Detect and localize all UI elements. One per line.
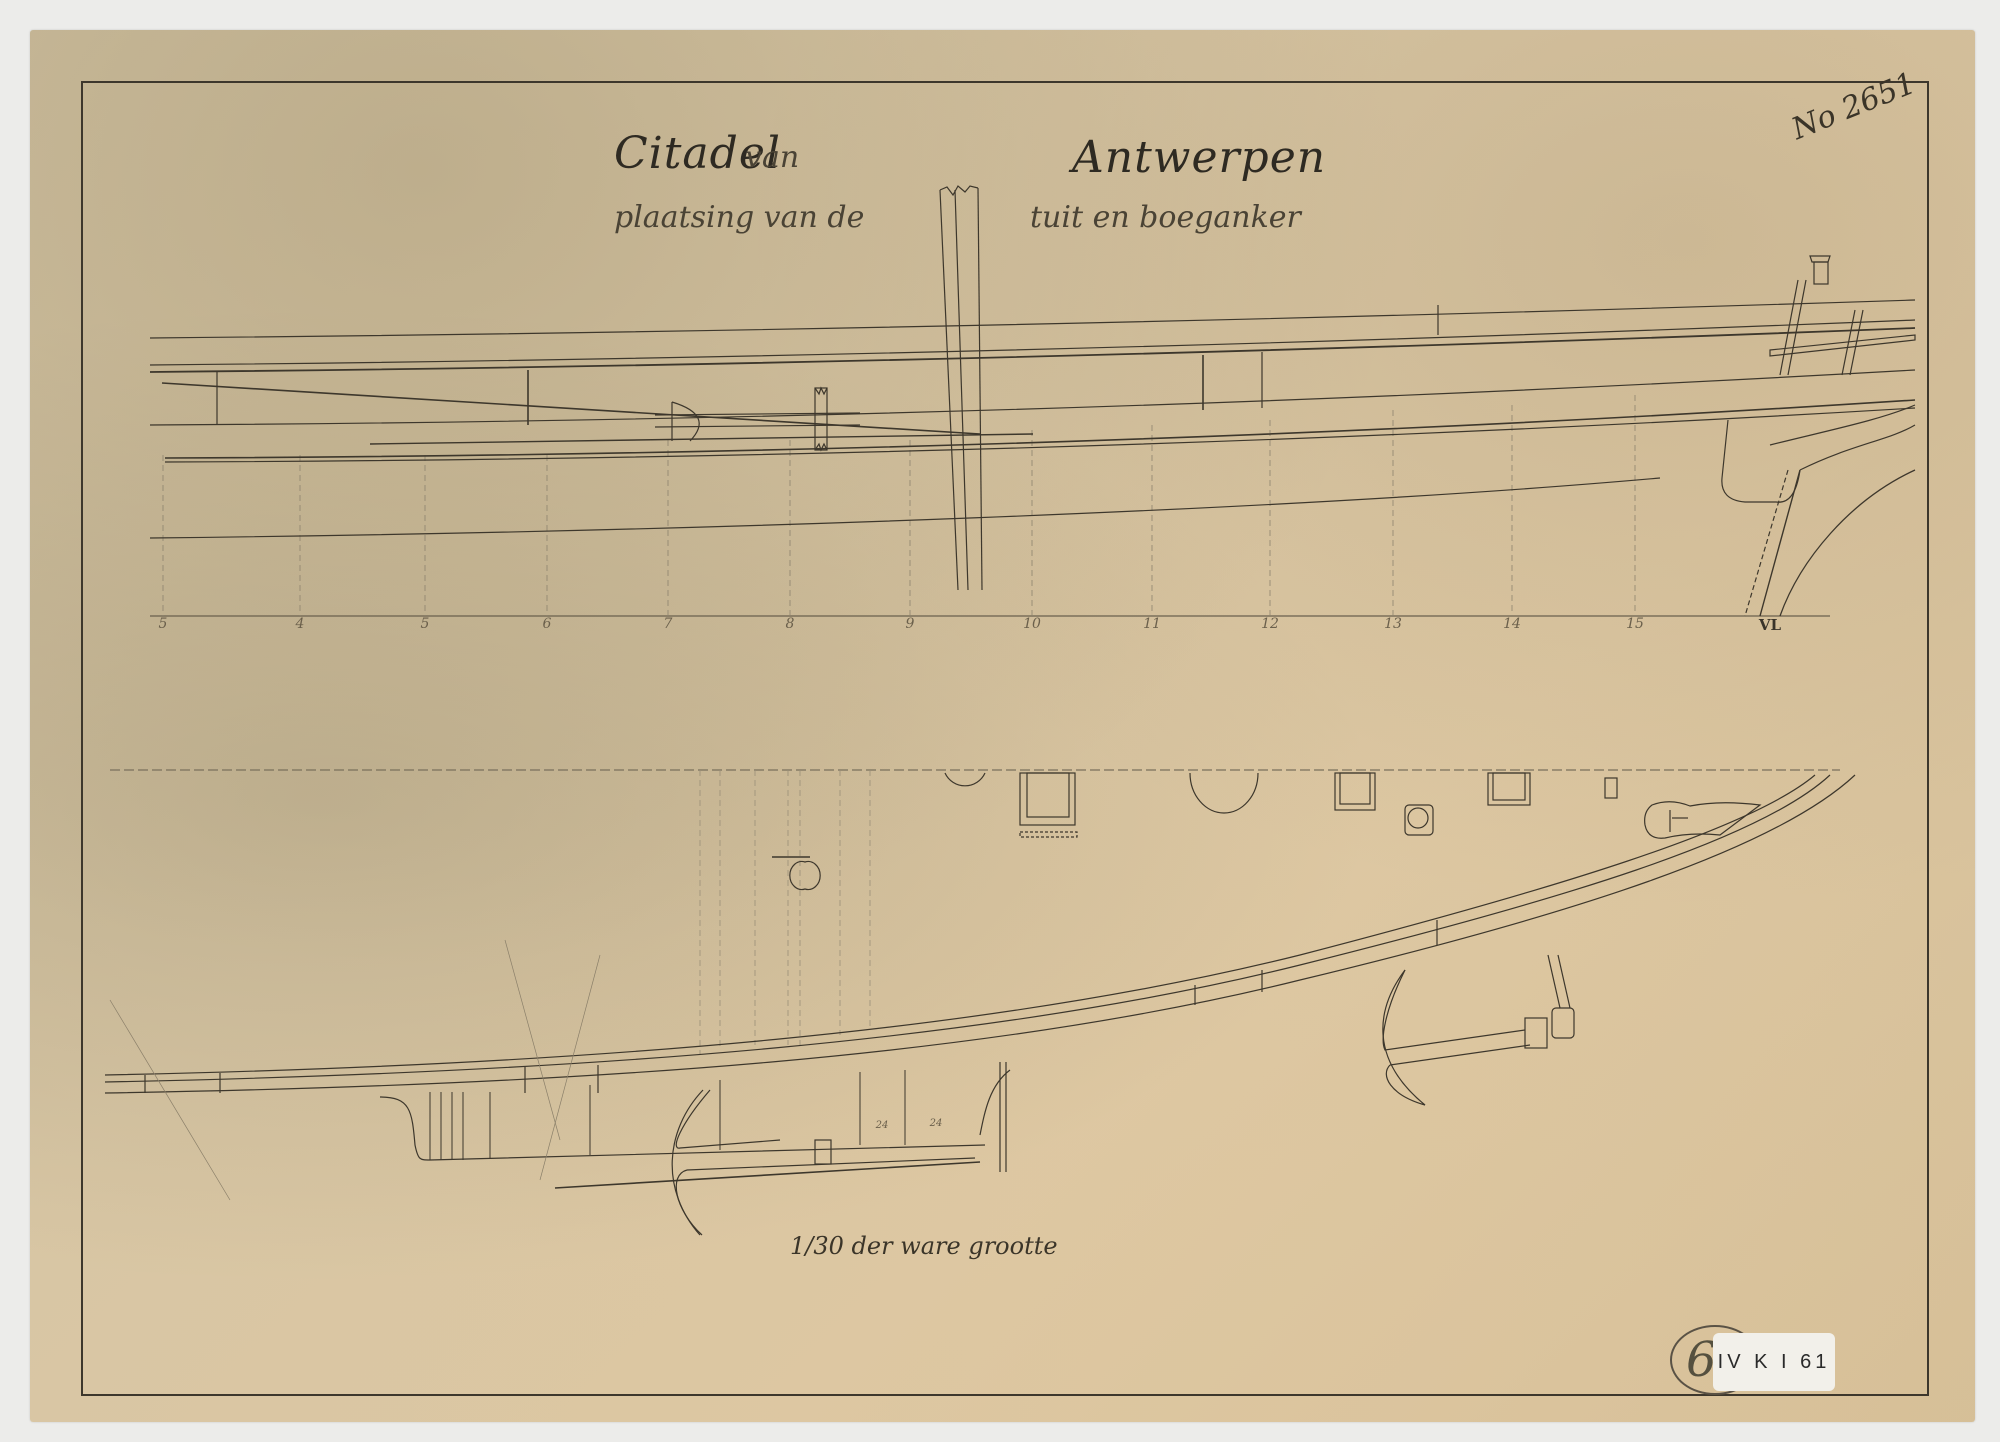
station-label: 12 bbox=[1261, 616, 1279, 632]
station-label: 8 bbox=[786, 616, 795, 632]
station-label: 6 bbox=[543, 616, 552, 632]
subtitle-left: plaatsing van de bbox=[614, 200, 864, 235]
station-label-vl: VL bbox=[1759, 616, 1781, 634]
station-label: 4 bbox=[296, 616, 305, 632]
technical-drawing bbox=[0, 0, 2000, 1442]
archive-label: IV K I 61 bbox=[1713, 1333, 1835, 1391]
plan-annotation: 24 bbox=[930, 1118, 943, 1129]
station-label: 7 bbox=[664, 616, 673, 632]
station-label: 5 bbox=[421, 616, 430, 632]
station-label: 14 bbox=[1503, 616, 1521, 632]
drawing-border bbox=[82, 82, 1928, 1395]
subtitle-right: tuit en boeganker bbox=[1030, 200, 1301, 235]
station-label: 10 bbox=[1023, 616, 1041, 632]
plan-annotation: 24 bbox=[876, 1120, 889, 1131]
station-label: 11 bbox=[1143, 616, 1161, 632]
plan-view bbox=[105, 770, 1855, 1235]
title-antwerpen: Antwerpen bbox=[1072, 132, 1326, 183]
title-van: van bbox=[745, 140, 799, 175]
station-label: 13 bbox=[1384, 616, 1402, 632]
station-label: 5 bbox=[159, 616, 168, 632]
scale-note: 1/30 der ware grootte bbox=[790, 1232, 1058, 1260]
station-label: 15 bbox=[1626, 616, 1644, 632]
profile-view bbox=[150, 186, 1915, 616]
station-label: 9 bbox=[906, 616, 915, 632]
